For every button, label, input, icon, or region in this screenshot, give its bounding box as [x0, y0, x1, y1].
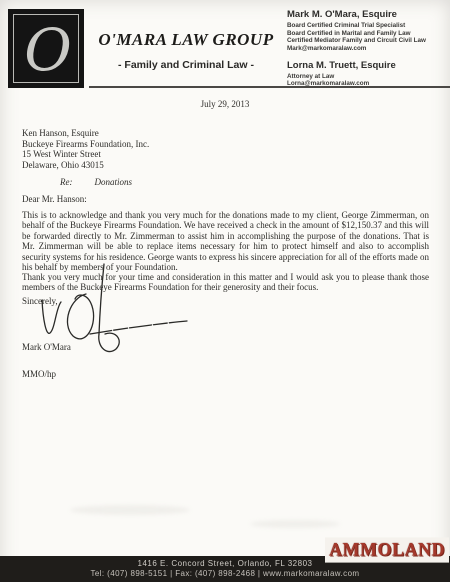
letter-date: July 29, 2013	[0, 99, 450, 109]
recipient-line: Ken Hanson, Esquire	[22, 128, 149, 139]
recipient-address: Ken Hanson, Esquire Buckeye Firearms Fou…	[22, 128, 149, 170]
attorney-list: Mark M. O'Mara, Esquire Board Certified …	[287, 9, 447, 95]
typist-reference: MMO/hp	[22, 369, 56, 379]
attorney-mark-omara: Mark M. O'Mara, Esquire Board Certified …	[287, 9, 447, 53]
firm-logo: O	[8, 9, 84, 88]
scan-artifact	[250, 520, 340, 528]
logo-o-monogram-icon: O	[10, 10, 86, 89]
letterhead-divider	[89, 86, 450, 88]
attorney-lorna-truett: Lorna M. Truett, Esquire Attorney at Law…	[287, 60, 447, 88]
recipient-line: Delaware, Ohio 43015	[22, 160, 149, 171]
recipient-line: 15 West Winter Street	[22, 149, 149, 160]
attorney-credential: Attorney at Law	[287, 73, 447, 81]
body-paragraph-2: Thank you very much for your time and co…	[22, 272, 429, 293]
footer-contact: Tel: (407) 898-5151 | Fax: (407) 898-246…	[0, 569, 450, 578]
re-subject-line: Re:Donations	[60, 177, 132, 187]
ammoland-watermark: AMMOLAND	[325, 537, 449, 562]
firm-tagline: - Family and Criminal Law -	[92, 59, 280, 71]
re-value: Donations	[95, 177, 133, 187]
attorney-credential: Board Certified in Marital and Family La…	[287, 30, 447, 38]
body-paragraph-1: This is to acknowledge and thank you ver…	[22, 210, 429, 272]
attorney-credential: Certified Mediator Family and Circuit Ci…	[287, 37, 447, 45]
attorney-email: Mark@markomaralaw.com	[287, 45, 447, 53]
re-label: Re:	[60, 177, 73, 187]
attorney-name: Lorna M. Truett, Esquire	[287, 60, 447, 71]
attorney-credential: Board Certified Criminal Trial Specialis…	[287, 22, 447, 30]
firm-identity: O'MARA LAW GROUP - Family and Criminal L…	[92, 30, 280, 71]
scan-artifact	[70, 505, 190, 515]
signer-name: Mark O'Mara	[22, 342, 71, 352]
attorney-name: Mark M. O'Mara, Esquire	[287, 9, 447, 20]
closing: Sincerely,	[22, 296, 58, 306]
salutation: Dear Mr. Hanson:	[22, 194, 87, 204]
recipient-line: Buckeye Firearms Foundation, Inc.	[22, 139, 149, 150]
firm-name: O'MARA LAW GROUP	[92, 30, 280, 50]
letter-page: O O'MARA LAW GROUP - Family and Criminal…	[0, 0, 450, 582]
